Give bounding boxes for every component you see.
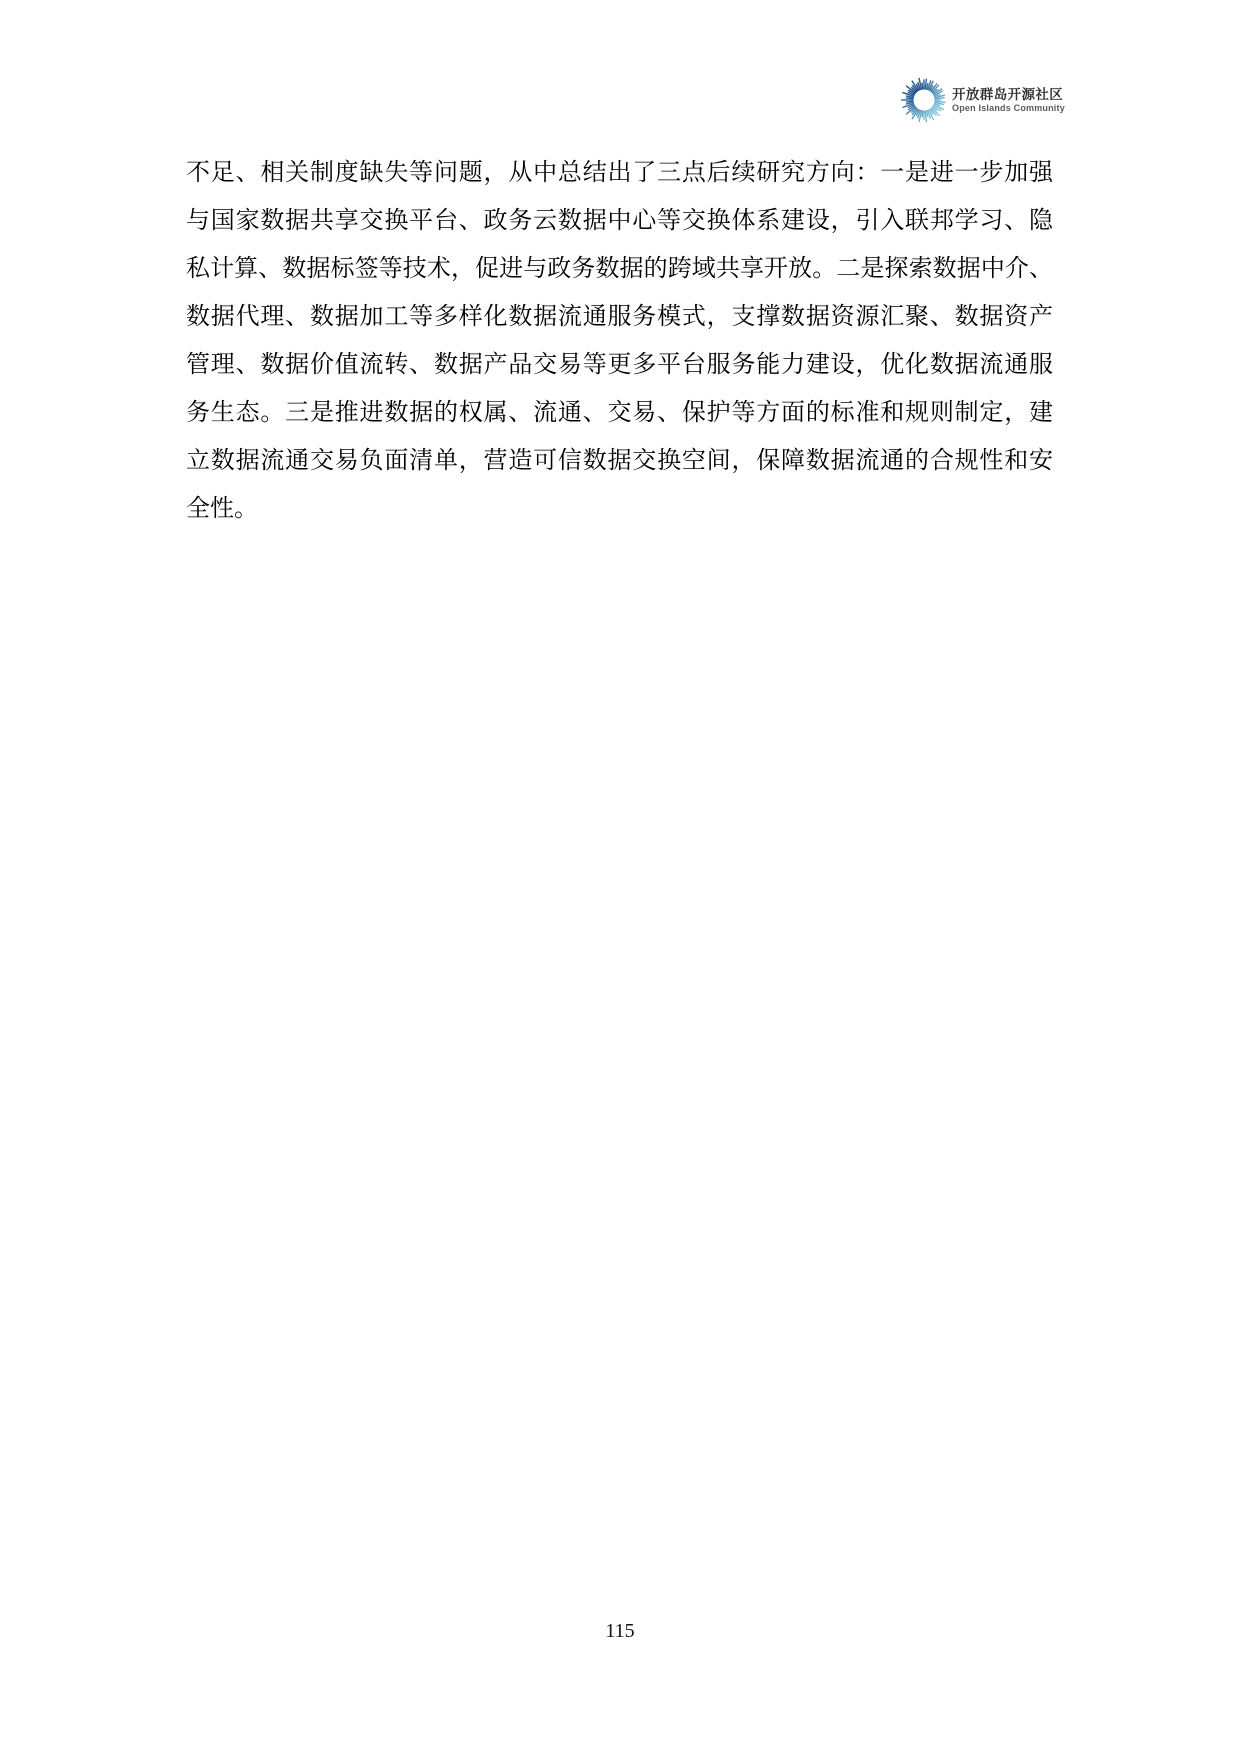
text-line: 管理、数据价值流转、数据产品交易等更多平台服务能力建设，优化数据流通服 — [186, 341, 1053, 389]
logo-text: 开放群岛开源社区 Open Islands Community — [952, 87, 1065, 114]
page-footer: 115 — [0, 1620, 1240, 1643]
logo-title: 开放群岛开源社区 — [952, 87, 1065, 103]
logo-subtitle: Open Islands Community — [952, 103, 1065, 114]
text-line: 立数据流通交易负面清单，营造可信数据交换空间，保障数据流通的合规性和安 — [186, 437, 1053, 485]
document-page: 开放群岛开源社区 Open Islands Community 不足、相关制度缺… — [0, 0, 1240, 1753]
text-line: 私计算、数据标签等技术，促进与政务数据的跨域共享开放。二是探索数据中介、 — [186, 245, 1053, 293]
page-number: 115 — [605, 1620, 634, 1642]
paragraph: 不足、相关制度缺失等问题，从中总结出了三点后续研究方向：一是进一步加强与国家数据… — [186, 149, 1053, 533]
text-line: 与国家数据共享交换平台、政务云数据中心等交换体系建设，引入联邦学习、隐 — [186, 197, 1053, 245]
text-line: 全性。 — [186, 485, 1053, 533]
logo: 开放群岛开源社区 Open Islands Community — [901, 77, 1065, 123]
text-line: 不足、相关制度缺失等问题，从中总结出了三点后续研究方向：一是进一步加强 — [186, 149, 1053, 197]
text-line: 务生态。三是推进数据的权属、流通、交易、保护等方面的标准和规则制定，建 — [186, 389, 1053, 437]
text-line: 数据代理、数据加工等多样化数据流通服务模式，支撑数据资源汇聚、数据资产 — [186, 293, 1053, 341]
starburst-icon — [901, 77, 947, 123]
